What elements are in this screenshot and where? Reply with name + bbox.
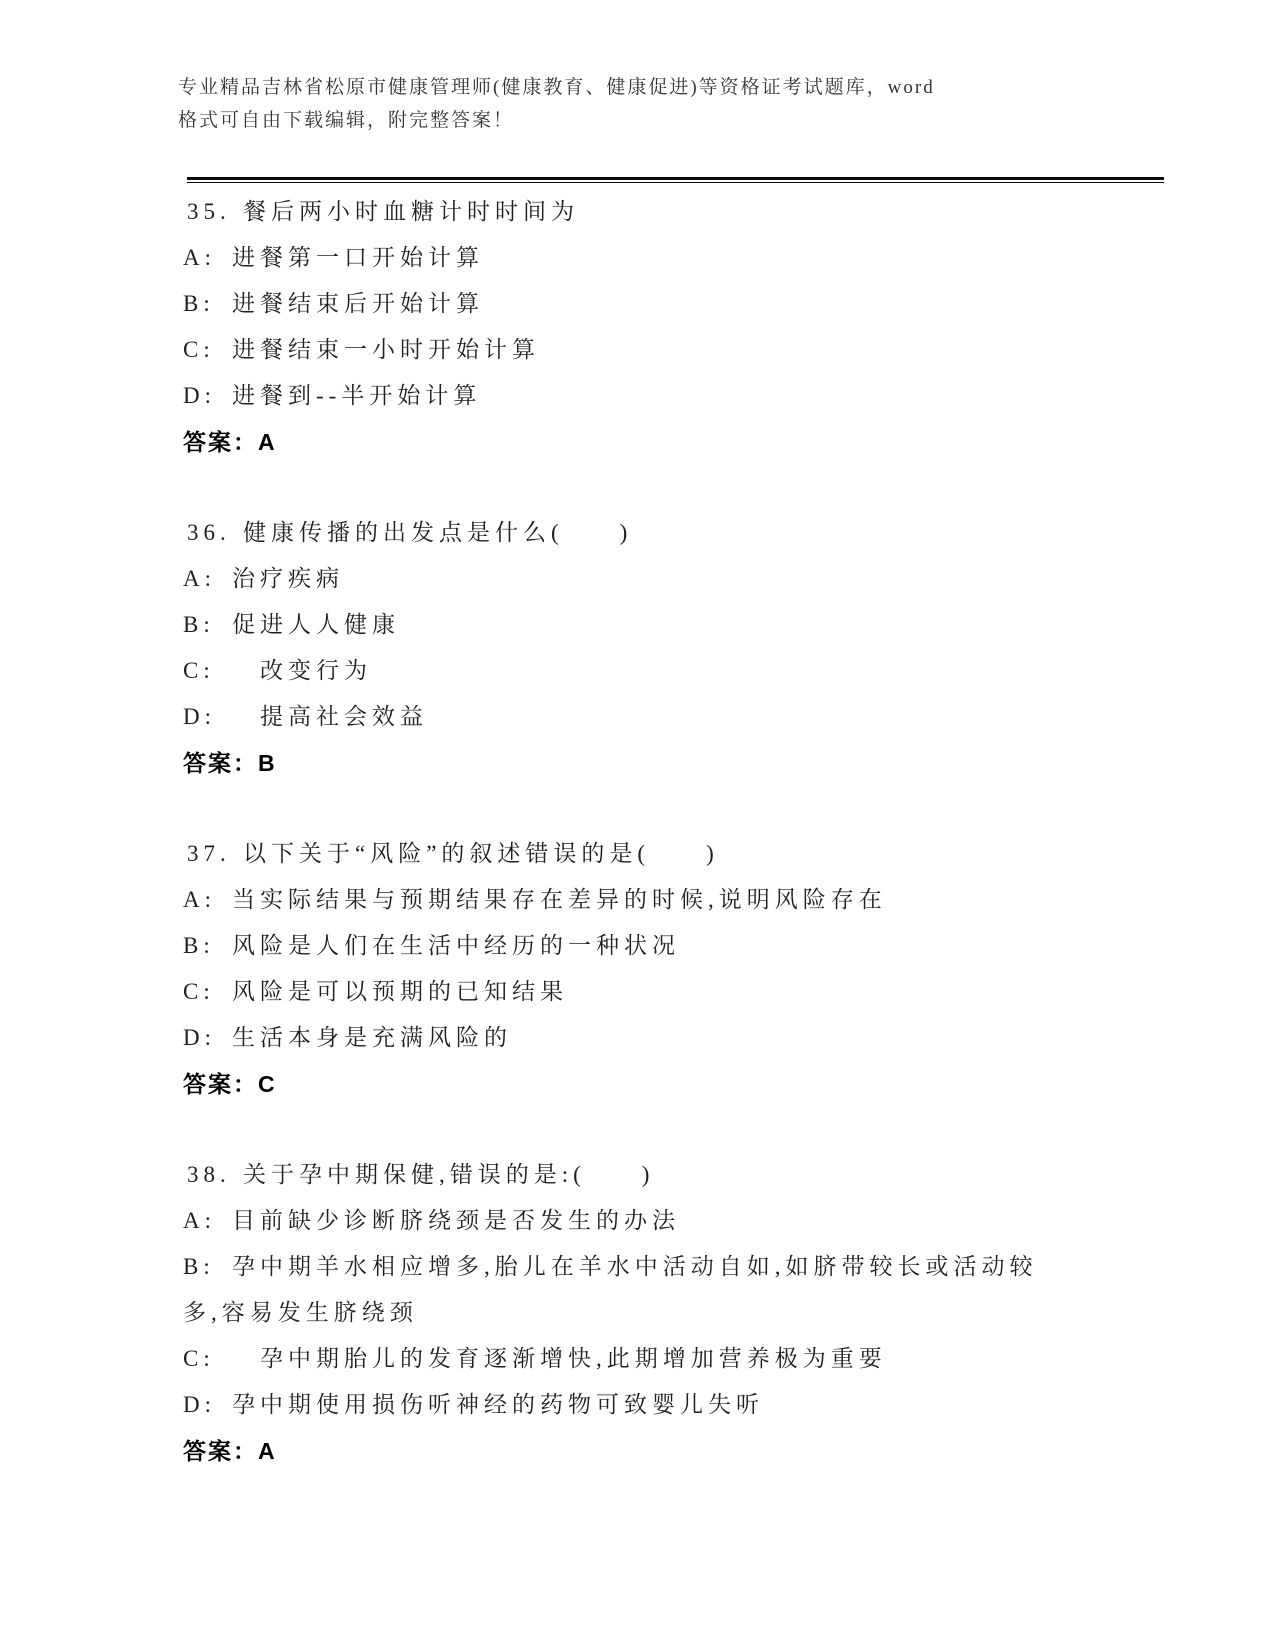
question-block: 38.关于孕中期保健,错误的是:( ) A:目前缺少诊断脐绕颈是否发生的办法 B… xyxy=(183,1152,1073,1474)
option-text: 孕中期羊水相应增多,胎儿在羊水中活动自如,如脐带较长或活动较多,容易发生脐绕颈 xyxy=(183,1254,1038,1325)
option-text: 生活本身是充满风险的 xyxy=(232,1025,512,1050)
header-divider xyxy=(187,177,1164,183)
option-label: D: xyxy=(183,373,232,419)
option-label: A: xyxy=(183,1198,232,1244)
document-page: 专业精品吉林省松原市健康管理师(健康教育、健康促进)等资格证考试题库，word … xyxy=(0,0,1275,1650)
question-number: 35. xyxy=(183,189,243,235)
option-label: A: xyxy=(183,877,232,923)
answer-letter: B xyxy=(258,750,277,776)
option-text: 当实际结果与预期结果存在差异的时候,说明风险存在 xyxy=(232,887,887,912)
option-text: 孕中期胎儿的发育逐渐增快,此期增加营养极为重要 xyxy=(232,1346,887,1371)
header-line-2: 格式可自由下载编辑，附完整答案！ xyxy=(178,104,1143,137)
answer-prefix: 答案： xyxy=(183,1071,258,1097)
option-text: 目前缺少诊断脐绕颈是否发生的办法 xyxy=(232,1208,680,1233)
answer-prefix: 答案： xyxy=(183,429,258,455)
option-line: C: 孕中期胎儿的发育逐渐增快,此期增加营养极为重要 xyxy=(183,1336,1073,1382)
answer-line: 答案：B xyxy=(183,740,1073,786)
question-list: 35.餐后两小时血糖计时时间为 A:进餐第一口开始计算 B:进餐结束后开始计算 … xyxy=(183,189,1073,1519)
option-text: 促进人人健康 xyxy=(232,612,400,637)
option-line: A:目前缺少诊断脐绕颈是否发生的办法 xyxy=(183,1198,1073,1244)
answer-prefix: 答案： xyxy=(183,750,258,776)
answer-line: 答案：A xyxy=(183,1428,1073,1474)
question-number: 37. xyxy=(183,831,243,877)
option-line: D:生活本身是充满风险的 xyxy=(183,1015,1073,1061)
answer-prefix: 答案： xyxy=(183,1438,258,1464)
option-text: 孕中期使用损伤听神经的药物可致婴儿失听 xyxy=(232,1392,764,1417)
question-text: 以下关于“风险”的叙述错误的是( ) xyxy=(243,841,719,866)
option-line: C: 改变行为 xyxy=(183,648,1073,694)
answer-letter: A xyxy=(258,1438,277,1464)
option-line: D:进餐到--半开始计算 xyxy=(183,373,1073,419)
option-text: 进餐结束后开始计算 xyxy=(232,291,484,316)
question-title-line: 37.以下关于“风险”的叙述错误的是( ) xyxy=(183,831,1073,877)
option-text: 治疗疾病 xyxy=(232,566,344,591)
option-label: D: xyxy=(183,1382,232,1428)
option-line: A:治疗疾病 xyxy=(183,556,1073,602)
option-label: B: xyxy=(183,923,232,969)
option-label: C: xyxy=(183,969,232,1015)
option-text: 进餐到--半开始计算 xyxy=(232,383,481,408)
question-block: 37.以下关于“风险”的叙述错误的是( ) A:当实际结果与预期结果存在差异的时… xyxy=(183,831,1073,1107)
question-title-line: 38.关于孕中期保健,错误的是:( ) xyxy=(183,1152,1073,1198)
option-line: A:当实际结果与预期结果存在差异的时候,说明风险存在 xyxy=(183,877,1073,923)
option-line: B:风险是人们在生活中经历的一种状况 xyxy=(183,923,1073,969)
option-label: C: xyxy=(183,1336,232,1382)
option-label: A: xyxy=(183,235,232,281)
question-text: 餐后两小时血糖计时时间为 xyxy=(243,199,579,224)
page-header: 专业精品吉林省松原市健康管理师(健康教育、健康促进)等资格证考试题库，word … xyxy=(178,71,1143,137)
option-label: B: xyxy=(183,1244,232,1290)
header-line-1: 专业精品吉林省松原市健康管理师(健康教育、健康促进)等资格证考试题库，word xyxy=(178,71,1143,104)
option-line: C:进餐结束一小时开始计算 xyxy=(183,327,1073,373)
option-label: C: xyxy=(183,327,232,373)
question-block: 35.餐后两小时血糖计时时间为 A:进餐第一口开始计算 B:进餐结束后开始计算 … xyxy=(183,189,1073,465)
answer-line: 答案：A xyxy=(183,419,1073,465)
option-label: B: xyxy=(183,602,232,648)
option-text: 进餐结束一小时开始计算 xyxy=(232,337,540,362)
question-title-line: 36.健康传播的出发点是什么( ) xyxy=(183,510,1073,556)
option-label: A: xyxy=(183,556,232,602)
question-text: 关于孕中期保健,错误的是:( ) xyxy=(243,1162,654,1187)
option-line: D: 提高社会效益 xyxy=(183,694,1073,740)
answer-line: 答案：C xyxy=(183,1061,1073,1107)
option-text: 风险是人们在生活中经历的一种状况 xyxy=(232,933,680,958)
option-line: B:孕中期羊水相应增多,胎儿在羊水中活动自如,如脐带较长或活动较多,容易发生脐绕… xyxy=(183,1244,1073,1336)
option-label: D: xyxy=(183,694,232,740)
option-text: 提高社会效益 xyxy=(232,704,428,729)
answer-letter: A xyxy=(258,429,277,455)
option-label: C: xyxy=(183,648,232,694)
answer-letter: C xyxy=(258,1071,277,1097)
option-text: 进餐第一口开始计算 xyxy=(232,245,484,270)
option-line: B:进餐结束后开始计算 xyxy=(183,281,1073,327)
question-number: 36. xyxy=(183,510,243,556)
question-text: 健康传播的出发点是什么( ) xyxy=(243,520,632,545)
option-text: 改变行为 xyxy=(232,658,372,683)
option-label: B: xyxy=(183,281,232,327)
option-label: D: xyxy=(183,1015,232,1061)
question-title-line: 35.餐后两小时血糖计时时间为 xyxy=(183,189,1073,235)
question-number: 38. xyxy=(183,1152,243,1198)
option-line: B:促进人人健康 xyxy=(183,602,1073,648)
option-line: C:风险是可以预期的已知结果 xyxy=(183,969,1073,1015)
question-block: 36.健康传播的出发点是什么( ) A:治疗疾病 B:促进人人健康 C: 改变行… xyxy=(183,510,1073,786)
option-line: A:进餐第一口开始计算 xyxy=(183,235,1073,281)
option-text: 风险是可以预期的已知结果 xyxy=(232,979,568,1004)
option-line: D:孕中期使用损伤听神经的药物可致婴儿失听 xyxy=(183,1382,1073,1428)
